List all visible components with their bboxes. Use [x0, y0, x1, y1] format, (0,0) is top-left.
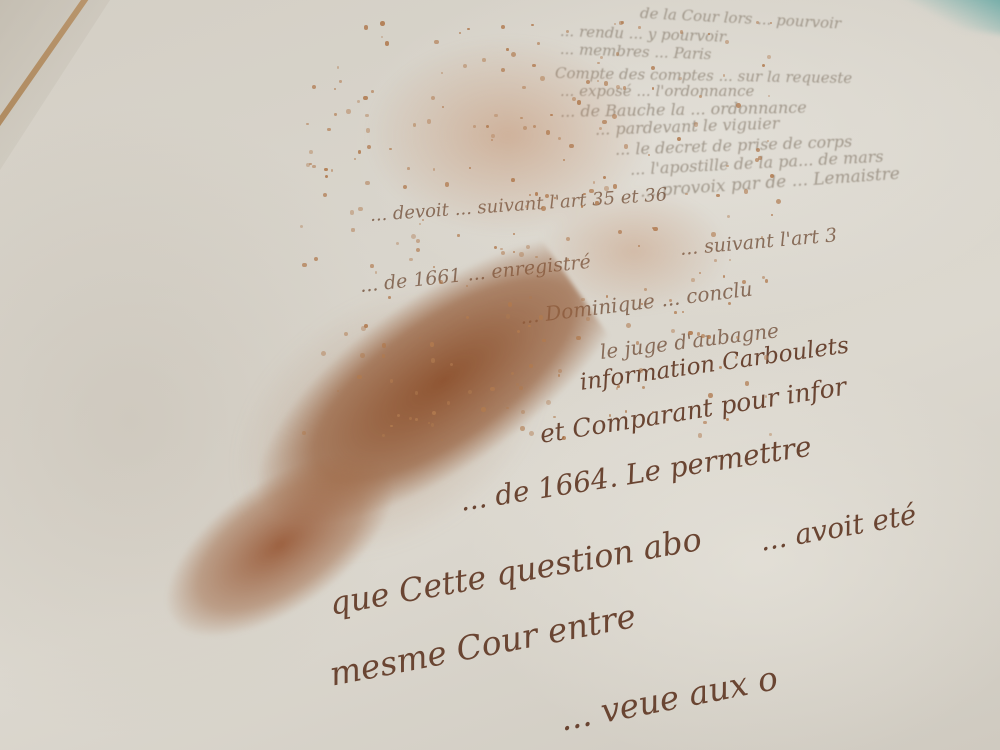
- manuscript-line: ... avoit eté: [757, 498, 919, 558]
- sand-grain: [762, 276, 765, 279]
- sand-grain: [325, 175, 328, 178]
- sand-grain: [334, 88, 336, 90]
- sand-grain: [334, 113, 336, 115]
- sand-grain: [300, 225, 303, 228]
- sand-grain: [324, 168, 327, 171]
- sand-grain: [776, 199, 781, 204]
- sand-grain: [323, 193, 327, 197]
- sand-grain: [314, 257, 318, 261]
- sand-grain: [745, 381, 749, 385]
- manuscript-line: ... veue aux o: [556, 658, 781, 739]
- sand-grain: [771, 214, 773, 216]
- sand-grain: [306, 123, 308, 125]
- sand-grain: [698, 433, 702, 437]
- sand-grain: [765, 279, 768, 282]
- sand-grain: [337, 66, 340, 69]
- sand-grain: [312, 85, 316, 89]
- background-corner: [897, 0, 1000, 39]
- sand-grain: [327, 128, 330, 131]
- sand-grain: [768, 95, 770, 97]
- sand-grain: [312, 165, 316, 169]
- sand-grain: [306, 163, 310, 167]
- sand-grain: [309, 150, 313, 154]
- manuscript-photo: de la Cour lors ... pourvoir ... rendu .…: [0, 0, 1000, 750]
- page-fold-shadow: [0, 0, 110, 170]
- sand-grain: [309, 163, 311, 165]
- sand-grain: [331, 169, 334, 172]
- sand-grain: [767, 55, 771, 59]
- sand-grain: [302, 263, 306, 267]
